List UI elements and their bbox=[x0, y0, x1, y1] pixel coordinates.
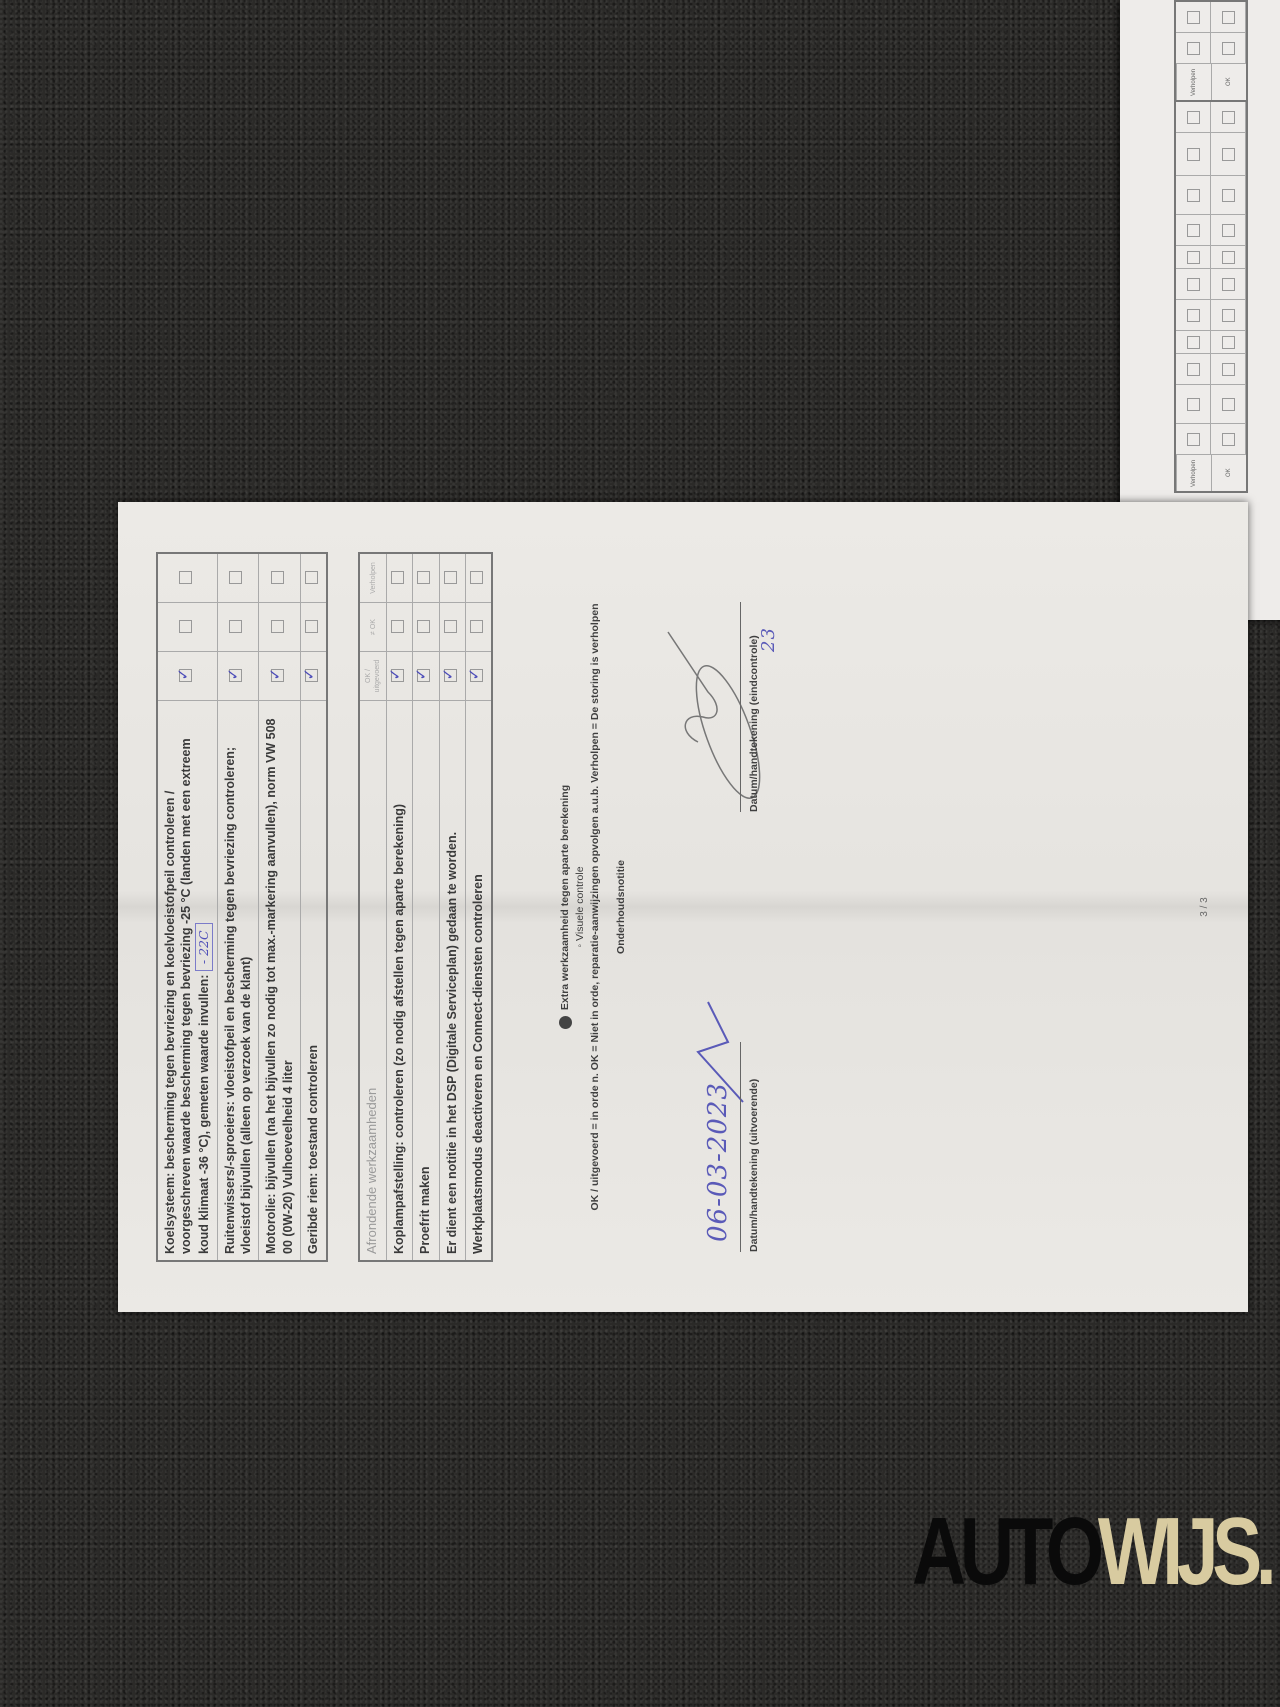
row-text: Motorolie: bijvullen (na het bijvullen z… bbox=[259, 701, 301, 1262]
legend-ok-explanation: OK / uitgevoerd = in orde n. OK = Niet i… bbox=[588, 502, 603, 1312]
fixed-checkbox[interactable] bbox=[391, 572, 404, 585]
not-ok-checkbox[interactable] bbox=[391, 621, 404, 634]
logo-part-wijs: WIJS. bbox=[1098, 1498, 1271, 1605]
table-row: Koplampafstelling: controleren (zo nodig… bbox=[387, 553, 413, 1261]
fixed-checkbox[interactable] bbox=[417, 572, 430, 585]
col-fixed-header: Verholpen bbox=[359, 553, 387, 603]
page-number: 3 / 3 bbox=[1199, 502, 1210, 1312]
fixed-checkbox[interactable] bbox=[305, 572, 318, 585]
ok-checkbox[interactable] bbox=[271, 670, 284, 683]
not-ok-checkbox[interactable] bbox=[271, 621, 284, 634]
ok-checkbox[interactable] bbox=[305, 670, 318, 683]
table-row: Er dient een notitie in het DSP (Digital… bbox=[439, 553, 465, 1261]
ok-checkbox[interactable] bbox=[229, 670, 242, 683]
table-row: Ruitenwissers/-sproeiers: vloeistofpeil … bbox=[217, 553, 259, 1261]
row-text: Koelsysteem: bescherming tegen bevriezin… bbox=[163, 738, 211, 1254]
not-ok-checkbox[interactable] bbox=[470, 621, 483, 634]
fixed-checkbox[interactable] bbox=[444, 572, 457, 585]
extra-work-bullet-icon bbox=[559, 1016, 572, 1029]
executor-signature-line bbox=[740, 1042, 741, 1252]
second-sheet-table-top: Verholpen OK bbox=[1174, 0, 1248, 102]
measured-value-field[interactable]: - 22C bbox=[195, 923, 213, 971]
fixed-checkbox[interactable] bbox=[229, 572, 242, 585]
section-title: Afrondende werkzaamheden bbox=[359, 701, 387, 1262]
table-row: Werkplaatsmodus deactiveren en Connect-d… bbox=[465, 553, 492, 1261]
ok-checkbox[interactable] bbox=[470, 670, 483, 683]
visual-check-bullet-icon: ◦ bbox=[574, 941, 586, 948]
final-check-handwritten-date: 23 bbox=[758, 627, 779, 652]
table-row: Proefrit maken bbox=[413, 553, 439, 1261]
row-text: Werkplaatsmodus deactiveren en Connect-d… bbox=[465, 701, 492, 1262]
table-header: Afrondende werkzaamheden OK / uitgevoerd… bbox=[359, 553, 387, 1261]
second-sheet-table-bottom: Verholpen OK bbox=[1174, 100, 1248, 493]
row-text: Proefrit maken bbox=[413, 701, 439, 1262]
final-check-signature-label: Datum/handtekening (eindcontrole) bbox=[748, 635, 760, 812]
autowijs-logo: AUTOWIJS. bbox=[912, 1497, 1270, 1607]
row-text: Ruitenwissers/-sproeiers: vloeistofpeil … bbox=[217, 701, 259, 1262]
legend-extra-work: Extra werkzaamheid tegen aparte berekeni… bbox=[559, 785, 571, 1010]
row-text: Geribde riem: toestand controleren bbox=[300, 701, 327, 1262]
checklist-table-fluids: Koelsysteem: bescherming tegen bevriezin… bbox=[156, 552, 328, 1262]
table-row: Geribde riem: toestand controleren bbox=[300, 553, 327, 1261]
legend-visual-check: Visuele controle bbox=[574, 866, 586, 941]
fixed-checkbox[interactable] bbox=[271, 572, 284, 585]
main-document-wrapper: Koelsysteem: bescherming tegen bevriezin… bbox=[118, 502, 1248, 1312]
second-sheet-col-fixed: Verholpen bbox=[1176, 64, 1211, 100]
second-sheet-col-ok: OK bbox=[1211, 64, 1246, 100]
ok-checkbox[interactable] bbox=[417, 670, 430, 683]
col-ok-header: OK / uitgevoerd bbox=[359, 652, 387, 701]
table-row: Koelsysteem: bescherming tegen bevriezin… bbox=[157, 553, 217, 1261]
table-row: Motorolie: bijvullen (na het bijvullen z… bbox=[259, 553, 301, 1261]
row-text: Er dient een notitie in het DSP (Digital… bbox=[439, 701, 465, 1262]
logo-part-auto: AUTO bbox=[912, 1498, 1098, 1605]
ok-checkbox[interactable] bbox=[444, 670, 457, 683]
fixed-checkbox[interactable] bbox=[179, 572, 192, 585]
ok-checkbox[interactable] bbox=[391, 670, 404, 683]
checklist-table-finishing: Afrondende werkzaamheden OK / uitgevoerd… bbox=[358, 552, 493, 1262]
executor-signature-label: Datum/handtekening (uitvoerende) bbox=[748, 1079, 760, 1252]
legend-maintenance-note: Onderhoudsnotitie bbox=[614, 502, 629, 1312]
not-ok-checkbox[interactable] bbox=[229, 621, 242, 634]
fixed-checkbox[interactable] bbox=[470, 572, 483, 585]
not-ok-checkbox[interactable] bbox=[179, 621, 192, 634]
not-ok-checkbox[interactable] bbox=[305, 621, 318, 634]
not-ok-checkbox[interactable] bbox=[417, 621, 430, 634]
row-text: Koplampafstelling: controleren (zo nodig… bbox=[387, 701, 413, 1262]
not-ok-checkbox[interactable] bbox=[444, 621, 457, 634]
legend-block: Extra werkzaamheid tegen aparte berekeni… bbox=[558, 502, 629, 1312]
inspection-checklist-page: Koelsysteem: bescherming tegen bevriezin… bbox=[118, 502, 1248, 1312]
final-check-signature-line bbox=[740, 602, 741, 812]
ok-checkbox[interactable] bbox=[179, 670, 192, 683]
col-not-ok-header: ≠ OK bbox=[359, 603, 387, 652]
